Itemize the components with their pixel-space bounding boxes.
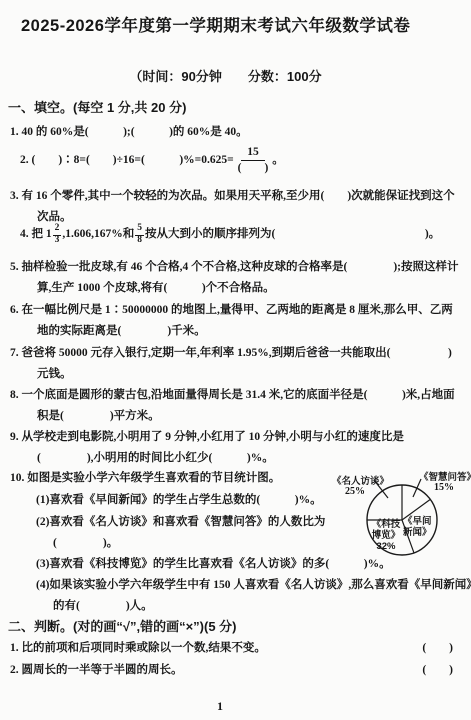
question-2: 2. ( )∶8=( )÷16=( )%=0.625=15( )。 xyxy=(10,146,459,175)
pie-chart-svg: 《早间 新闻》 《科技 博览》 32% xyxy=(330,464,471,564)
fraction-denominator: 3 xyxy=(53,236,62,246)
pie-pct-kejibolan: 32% xyxy=(376,541,396,552)
question-3: 3. 有 16 个零件,其中一个较轻的为次品。如果用天平称,至少用( )次就能保… xyxy=(10,186,459,228)
judge-item-1: 1. 比的前项和后项同时乘或除以一个数,结果不变。 ( ) xyxy=(10,638,459,659)
judge-item-1-text: 1. 比的前项和后项同时乘或除以一个数,结果不变。 xyxy=(10,638,266,659)
question-2-text: 2. ( )∶8=( )÷16=( )%=0.625= xyxy=(20,150,234,171)
fraction-15-over-blank: 15( ) xyxy=(236,146,271,175)
judge-item-2: 2. 圆周长的一半等于半圆的周长。 ( ) xyxy=(10,660,459,681)
question-6: 6. 在一幅比例尺是 1∶50000000 的地图上,量得甲、乙两地的距离是 8… xyxy=(10,300,459,342)
fraction-two-thirds: 23 xyxy=(53,224,62,246)
question-4: 4. 把 123,1.606,167%和58按从大到小的顺序排列为( )。 xyxy=(10,224,459,246)
fraction-five-eighths: 58 xyxy=(135,224,144,246)
fraction-denominator: ( ) xyxy=(236,161,271,175)
question-4-end: 按从大到小的顺序排列为( )。 xyxy=(145,224,440,245)
question-2-end: 。 xyxy=(272,150,284,171)
exam-paper-page: 2025-2026学年度第一学期期末考试六年级数学试卷 （时间：90分钟 分数：… xyxy=(0,0,471,720)
question-8: 8. 一个底面是圆形的蒙古包,沿地面量得周长是 31.4 米,它的底面半径是( … xyxy=(10,385,459,427)
question-5: 5. 抽样检验一批皮球,有 46 个合格,4 个不合格,这种皮球的合格率是( )… xyxy=(10,257,459,299)
pie-chart-programmes: 《名人访谈》 25% 《智慧问答》 15% 《早间 新闻》 《科技 博览》 32… xyxy=(330,464,471,564)
pie-label-zaojianxinwen-line2: 新闻》 xyxy=(403,526,432,538)
question-1: 1. 40 的 60%是( );( )的 60%是 40。 xyxy=(10,122,459,143)
question-4-text: 4. 把 1 xyxy=(20,224,52,245)
fraction-denominator: 8 xyxy=(135,236,144,246)
pie-label-kejibolan-line1: 《科技 xyxy=(372,518,401,530)
pie-pointer-right xyxy=(413,479,421,497)
exam-time-score: （时间：90分钟 分数：100分 xyxy=(0,66,451,85)
section-fill-heading: 一、填空。(每空 1 分,共 20 分) xyxy=(8,97,461,116)
judge-item-1-answer-blank: ( ) xyxy=(422,638,459,659)
question-7: 7. 爸爸将 50000 元存入银行,定期一年,年利率 1.95%,到期后爸爸一… xyxy=(10,343,459,385)
question-9: 9. 从学校走到电影院,小明用了 9 分钟,小红用了 10 分钟,小明与小红的速… xyxy=(10,427,459,469)
pie-label-kejibolan-line2: 博览》 xyxy=(372,529,401,541)
question-10-1: (1)喜欢看《早间新闻》的学生占学生总数的( )%。 xyxy=(36,490,345,511)
judge-item-2-text: 2. 圆周长的一半等于半圆的周长。 xyxy=(10,660,183,681)
fraction-numerator: 15 xyxy=(241,146,265,161)
section-judge-heading: 二、判断。(对的画“√”,错的画“×”)(5 分) xyxy=(8,616,461,635)
pie-label-zaojianxinwen-line1: 《早间 xyxy=(403,515,432,527)
page-title: 2025-2026学年度第一学期期末考试六年级数学试卷 xyxy=(21,12,451,36)
page-number: 1 xyxy=(0,699,440,714)
question-10-2: (2)喜欢看《名人访谈》和喜欢看《智慧问答》的人数比为( )。 xyxy=(36,512,331,554)
question-10-4: (4)如果该实验小学六年级学生中有 150 人喜欢看《名人访谈》,那么喜欢看《早… xyxy=(36,575,471,617)
question-4-middle: ,1.606,167%和 xyxy=(62,224,134,245)
judge-item-2-answer-blank: ( ) xyxy=(422,660,459,681)
